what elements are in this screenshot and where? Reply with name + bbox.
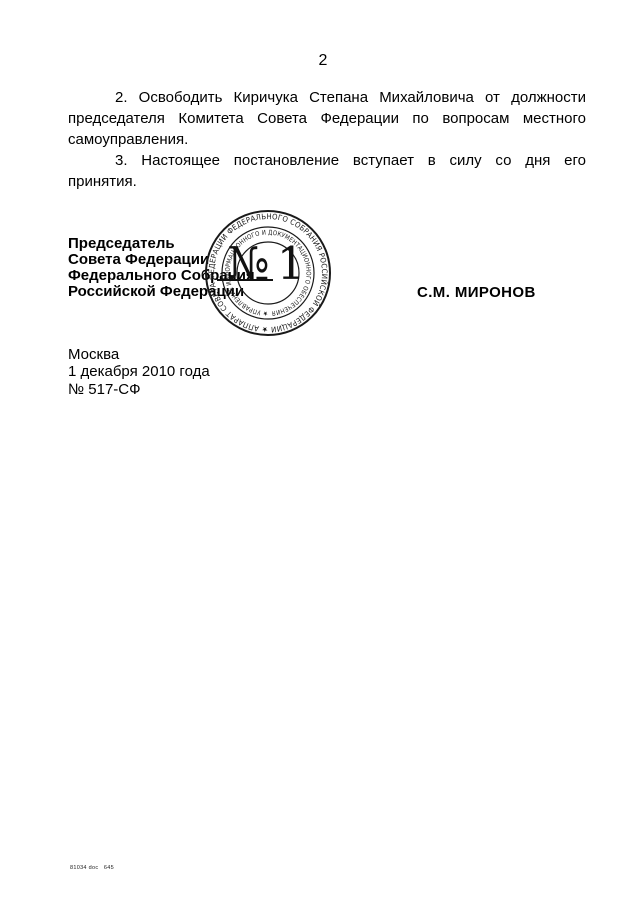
signer-name: С.М. МИРОНОВ — [417, 284, 536, 301]
document-page: 2 2. Освободить Киричука Степана Михайло… — [0, 0, 640, 905]
body-line: самоуправления. — [68, 129, 586, 150]
footer-code: 81034 doc 645 — [70, 865, 114, 871]
body-line: принятия. — [68, 171, 586, 192]
registration-number: № 1 — [227, 241, 306, 287]
issuance-block: Москва 1 декабря 2010 года № 517-СФ — [68, 346, 210, 398]
body-line: 2. Освободить Киричука Степана Михайлови… — [68, 87, 586, 108]
resolution-body: 2. Освободить Киричука Степана Михайлови… — [68, 87, 586, 192]
issuance-date: 1 декабря 2010 года — [68, 363, 210, 380]
body-line: председателя Комитета Совета Федерации п… — [68, 108, 586, 129]
document-number: № 517-СФ — [68, 381, 210, 398]
body-line: 3. Настоящее постановление вступает в си… — [68, 150, 586, 171]
page-number: 2 — [0, 52, 640, 70]
issuance-city: Москва — [68, 346, 210, 363]
